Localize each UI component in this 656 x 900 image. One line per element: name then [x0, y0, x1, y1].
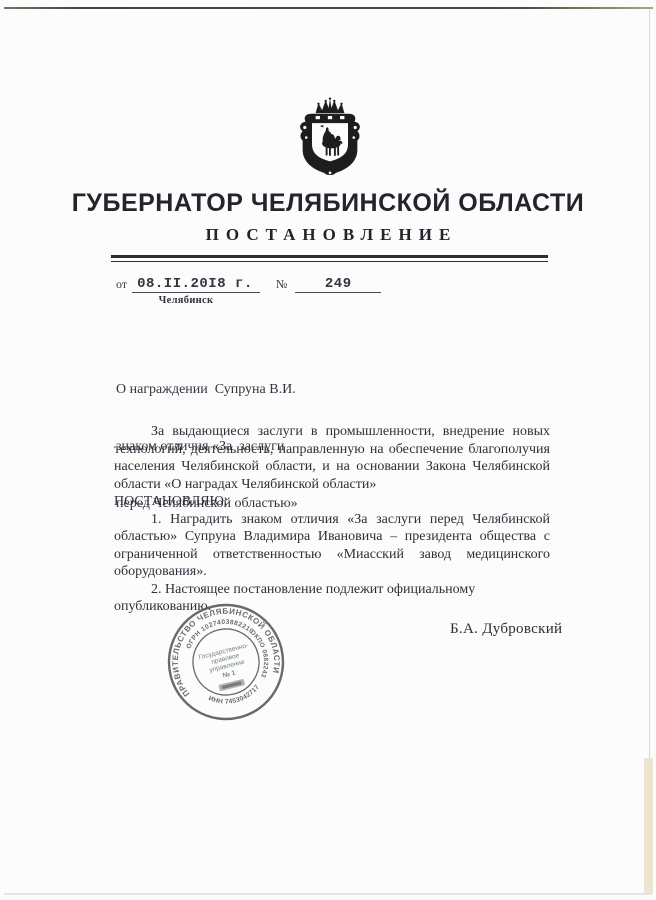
body-text: За выдающиеся заслуги в промышленности, …	[114, 423, 550, 616]
official-round-stamp: ПРАВИТЕЛЬСТВО ЧЕЛЯБИНСКОЙ ОБЛАСТИ ОГРН 1…	[164, 600, 288, 724]
number-sign-label: №	[276, 277, 287, 293]
org-name-title: ГУБЕРНАТОР ЧЕЛЯБИНСКОЙ ОБЛАСТИ	[0, 189, 656, 218]
body-resolution-word: ПОСТАНОВЛЯЮ:	[114, 493, 550, 511]
document-type-title: ПОСТАНОВЛЕНИЕ	[0, 225, 656, 245]
scan-edge-bottom	[4, 893, 652, 895]
date-number-line: от 08.II.20I8 г. № 249	[116, 276, 381, 293]
date-prefix-label: от	[116, 277, 127, 293]
stamp-ink-smudge	[218, 679, 245, 692]
coat-of-arms-icon	[294, 95, 366, 183]
signatory-name: Б.А. Дубровский	[450, 621, 562, 638]
document-number: 249	[295, 276, 381, 293]
body-paragraph-preamble: За выдающиеся заслуги в промышленности, …	[114, 423, 550, 493]
document-page: ГУБЕРНАТОР ЧЕЛЯБИНСКОЙ ОБЛАСТИ ПОСТАНОВЛ…	[0, 0, 656, 900]
city-label: Челябинск	[128, 295, 244, 306]
scan-edge-cream-strip	[644, 758, 653, 894]
header-rule	[111, 255, 548, 262]
subject-line: О награждении Супруна В.И.	[116, 380, 366, 399]
stamp-center-line: № 1	[222, 670, 236, 680]
body-paragraph-item-1: 1. Наградить знаком отличия «За заслуги …	[114, 511, 550, 581]
scan-edge-top	[4, 7, 653, 9]
date-value: 08.II.20I8 г.	[132, 276, 260, 293]
